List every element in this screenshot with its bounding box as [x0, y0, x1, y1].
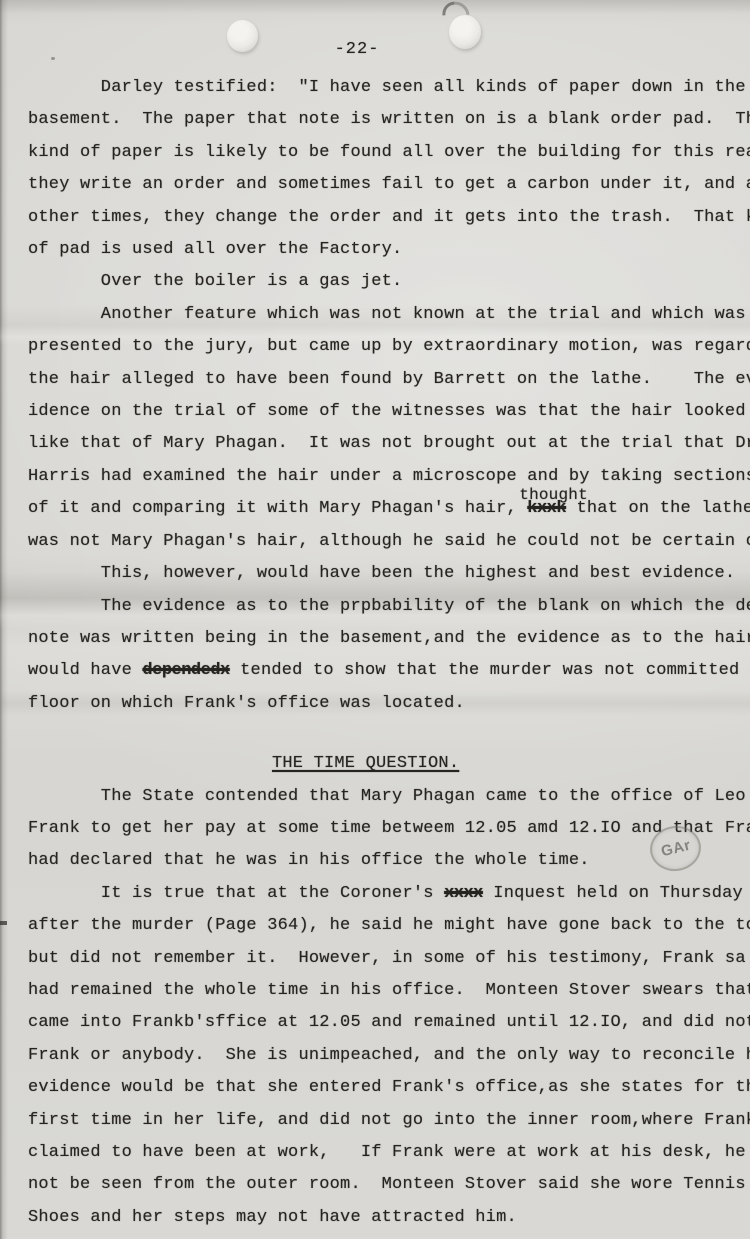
- text-line: idence on the trial of some of the witne…: [28, 396, 750, 428]
- text-segment: It is true that at the Coroner's: [28, 884, 444, 903]
- text-line: Over the boiler is a gas jet.: [28, 266, 750, 298]
- text-line: was not Mary Phagan's hair, although he …: [28, 526, 750, 558]
- text-line: had declared that he was in his office t…: [28, 845, 750, 877]
- struck-out-word: xxxx: [444, 884, 483, 903]
- text-segment: Inquest held on Thursday: [483, 884, 743, 903]
- text-line: other times, they change the order and i…: [28, 202, 750, 234]
- text-line: Frank or anybody. She is unimpeached, an…: [28, 1040, 750, 1072]
- document-page: -22- Darley testified: "I have seen all …: [0, 0, 750, 1239]
- text-line: floor on which Frank's office was locate…: [28, 688, 750, 720]
- text-line: basement. The paper that note is written…: [28, 104, 750, 136]
- text-line: but did not remember it. However, in som…: [28, 943, 750, 975]
- section-heading-line: THE TIME QUESTION.: [28, 748, 750, 780]
- text-line: Frank to get her pay at some time betwee…: [28, 813, 750, 845]
- text-line: kind of paper is likely to be found all …: [28, 137, 750, 169]
- text-line: after the murder (Page 364), he said he …: [28, 910, 750, 942]
- text-line: not be seen from the outer room. Monteen…: [28, 1169, 750, 1201]
- text-line: This, however, would have been the highe…: [28, 558, 750, 590]
- interline-insertion: thought: [519, 479, 588, 511]
- text-line-with-correction: It is true that at the Coroner's xxxx In…: [28, 878, 750, 910]
- text-line: Another feature which was not known at t…: [28, 299, 750, 331]
- correction-anchor: thoughtkxxk: [527, 499, 566, 518]
- text-line: The State contended that Mary Phagan cam…: [28, 781, 750, 813]
- text-segment: of it and comparing it with Mary Phagan'…: [28, 499, 527, 518]
- archive-stamp-label: GAr: [659, 837, 692, 861]
- text-segment: would have: [28, 661, 142, 680]
- section-heading: THE TIME QUESTION.: [272, 754, 459, 773]
- text-segment: tended to show that the murder was not c…: [230, 661, 750, 680]
- left-edge-mark: [0, 921, 7, 925]
- text-line-with-correction: of it and comparing it with Mary Phagan'…: [28, 493, 750, 525]
- text-line: of pad is used all over the Factory.: [28, 234, 750, 266]
- text-line: they write an order and sometimes fail t…: [28, 169, 750, 201]
- text-line: Harris had examined the hair under a mic…: [28, 461, 750, 493]
- text-line: evidence would be that she entered Frank…: [28, 1072, 750, 1104]
- text-line: note was written being in the basement,a…: [28, 623, 750, 655]
- text-line: Shoes and her steps may not have attract…: [28, 1202, 750, 1234]
- document-text: Darley testified: "I have seen all kinds…: [28, 72, 750, 1234]
- text-line: first time in her life, and did not go i…: [28, 1105, 750, 1137]
- text-line: the hair alleged to have been found by B…: [28, 364, 750, 396]
- text-line: presented to the jury, but came up by ex…: [28, 331, 750, 363]
- text-line: had remained the whole time in his offic…: [28, 975, 750, 1007]
- text-line: The evidence as to the prpbability of th…: [28, 591, 750, 623]
- text-line-with-correction: would have dependedx tended to show that…: [28, 655, 750, 687]
- page-number: -22-: [0, 40, 714, 59]
- struck-out-word: dependedx: [142, 661, 229, 680]
- text-line: Darley testified: "I have seen all kinds…: [28, 72, 750, 104]
- text-line: claimed to have been at work, If Frank w…: [28, 1137, 750, 1169]
- text-segment: that on the lathe: [566, 499, 750, 518]
- text-line: like that of Mary Phagan. It was not bro…: [28, 428, 750, 460]
- text-line: came into Frankb'sffice at 12.05 and rem…: [28, 1007, 750, 1039]
